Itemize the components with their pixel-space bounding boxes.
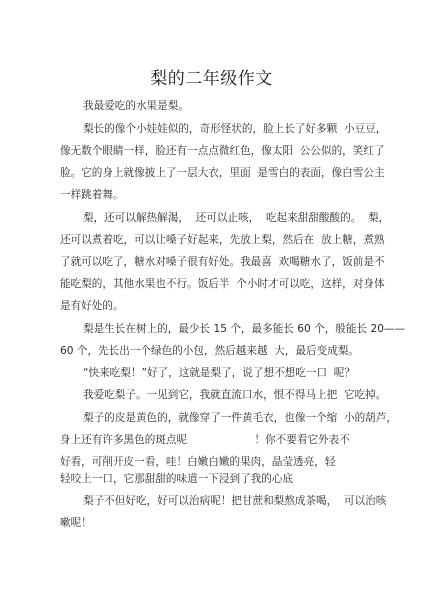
text-line: 60 个，先长出一个绿色的小包，然后越来越 大，最后变成梨。 [60, 344, 359, 358]
text-line: 身上还有许多黑色的斑点呢 ！你不要看它外表不 [60, 433, 350, 447]
text-line: 我最爱吃的水果是梨。 [83, 99, 189, 113]
text-line: 好看，可削开皮一看，哇！白嫩白嫩的果肉，晶莹透亮，轻 [60, 455, 335, 469]
text-line: 能吃梨的，其他水果也不行。饭后半 个小时才可以吃，这样，对身体 [60, 277, 385, 291]
text-line: “快来吃梨！”好了，这就是梨了，说了想不想吃一口 呢？ [83, 366, 355, 380]
text-line: 梨子的皮是黄色的，就像穿了一件黄毛衣，也像一个缩 小的葫芦， [83, 411, 397, 425]
text-line: 梨，还可以解热解渴， 还可以止咳， 吃起来甜甜酸酸的。 梨， [83, 211, 389, 225]
text-line: 我爱吃梨子。一见到它，我就直流口水，恨不得马上把 它吃掉。 [83, 388, 386, 402]
text-line: 像无数个眼睛一样，脸还有一点点微红色，像太阳 公公似的，笑红了 [60, 144, 385, 158]
text-line: 梨是生长在树上的，最少长 15 个，最多能长 60 个，般能长 20—— [83, 322, 405, 336]
text-line: 还可以煮着吃，可以让嗓子好起来，先放上梨，然后在 放上糖，煮熟 [60, 233, 385, 247]
text-line: 是有好处的。 [60, 299, 124, 313]
text-line: 轻咬上一口，它那甜甜的味道一下浸到了我的心底 [60, 472, 293, 486]
text-line: 梨长的像个小娃娃似的，奇形怪状的，脸上长了好多颗 小豆豆， [83, 122, 386, 136]
text-line: 嗽呢！ [60, 516, 92, 530]
text-line: 脸。它的身上就像披上了一层大衣，里面 是雪白的表面，像白雪公主 [60, 166, 385, 180]
text-line: 一样跳着舞。 [60, 188, 124, 202]
document-title: 梨的二年级作文 [0, 64, 423, 89]
text-line: 梨子不但好吃，好可以治病呢！把甘蔗和梨熬成茶喝， 可以治咳 [83, 494, 386, 508]
text-line: 了就可以吃了，糖水对嗓子很有好处。我最喜 欢喝糖水了，饭前是不 [60, 255, 385, 269]
